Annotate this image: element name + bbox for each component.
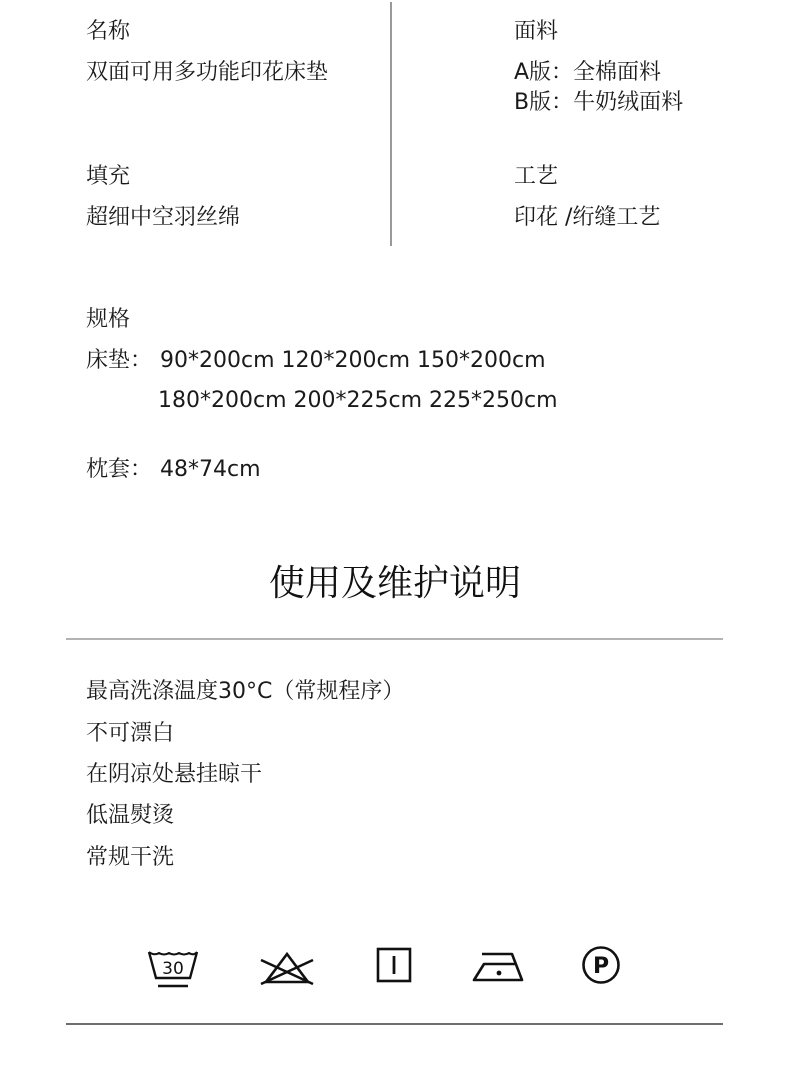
fabric-value-b: B版：牛奶绒面料 [514,88,683,118]
fabric-label: 面料 [514,18,558,46]
svg-text:P: P [593,954,609,979]
iron-low-icon [472,948,526,982]
size-label: 规格 [86,306,130,334]
divider-bottom [66,1023,723,1025]
filling-value: 超细中空羽丝绵 [86,203,240,233]
pillowcase-size: 48*74cm [160,455,261,485]
filling-label: 填充 [86,163,130,191]
fabric-value-a: A版：全棉面料 [514,58,661,88]
divider-top [66,638,723,640]
care-instruction-bleach: 不可漂白 [86,719,174,749]
pillowcase-label: 枕套： [86,455,152,485]
craft-value: 印花 /绗缝工艺 [514,203,660,233]
line-dry-icon [376,947,412,983]
care-instruction-dry: 在阴凉处悬挂晾干 [86,760,262,790]
svg-text:30: 30 [162,959,184,979]
name-label: 名称 [86,18,130,46]
craft-label: 工艺 [514,163,558,191]
wash-30-icon: 30 [146,948,200,990]
care-instruction-iron: 低温熨烫 [86,801,174,831]
mattress-sizes-line2: 180*200cm 200*225cm 225*250cm [158,386,558,416]
mattress-label: 床垫： [86,346,152,376]
dry-clean-p-icon: P [580,944,622,986]
mattress-sizes-line1: 90*200cm 120*200cm 150*200cm [160,346,546,376]
name-value: 双面可用多功能印花床垫 [86,58,328,88]
care-instruction-wash: 最高洗涤温度30°C（常规程序） [86,677,404,707]
care-instruction-dryclean: 常规干洗 [86,843,174,873]
no-bleach-icon [258,950,316,986]
column-divider [390,2,392,246]
care-section-title: 使用及维护说明 [0,560,790,608]
